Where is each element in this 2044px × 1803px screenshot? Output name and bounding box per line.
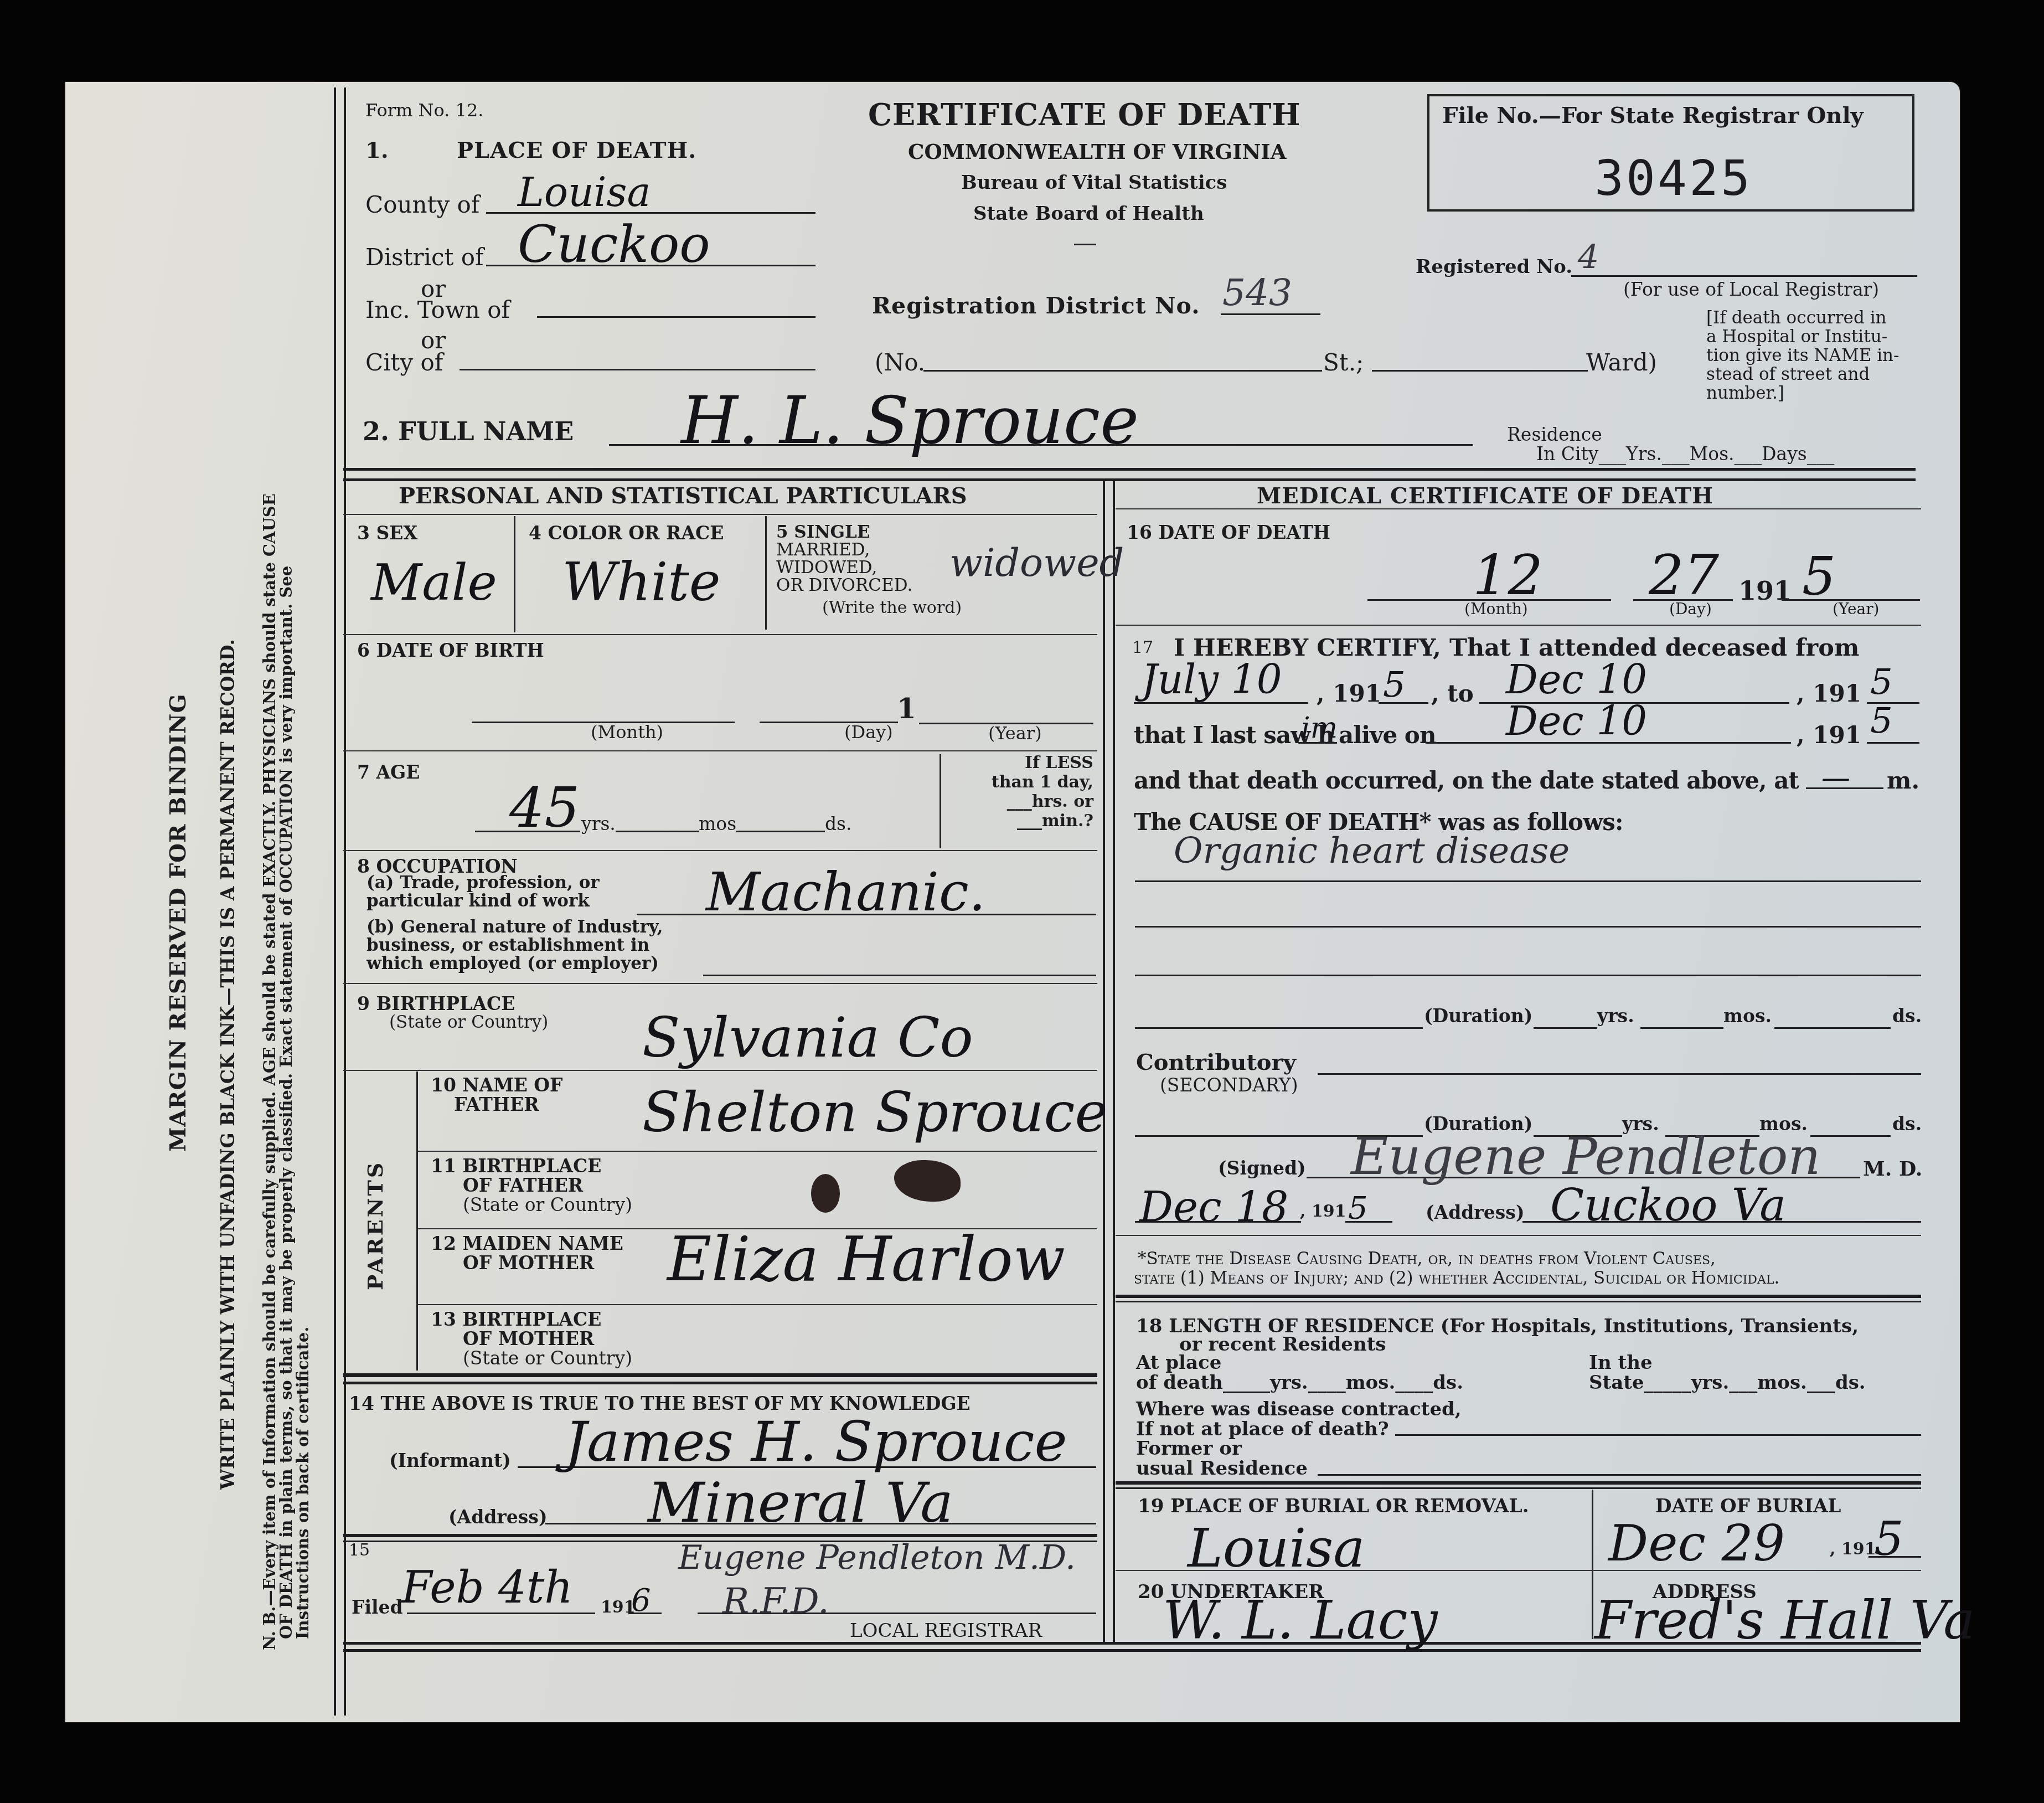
file-number: 30425	[1594, 150, 1752, 207]
county-label: County of	[365, 191, 479, 218]
to-label: , to	[1431, 680, 1474, 707]
death-time[interactable]: —	[1821, 761, 1850, 795]
physician-signature[interactable]: Eugene Pendleton	[1351, 1127, 1821, 1186]
duration-2-ds: ds.	[1892, 1113, 1922, 1135]
duration-1-yrs-line[interactable]	[1534, 1027, 1597, 1029]
ink-blot	[811, 1174, 840, 1213]
last-saw-year-prefix: , 191	[1797, 722, 1861, 749]
marital-label: 5 SINGLE MARRIED, WIDOWED, OR DIVORCED.	[776, 523, 912, 594]
cause-line-3[interactable]	[1135, 975, 1921, 976]
registered-no-label: Registered No.	[1416, 256, 1572, 278]
registered-no-value[interactable]: 4	[1578, 238, 1599, 277]
burial-date[interactable]: Dec 29	[1608, 1514, 1785, 1573]
street-line[interactable]	[1372, 370, 1588, 372]
undertaker[interactable]: W. L. Lacy	[1163, 1589, 1438, 1651]
district-value[interactable]: Cuckoo	[518, 215, 710, 274]
cause-of-death[interactable]: Organic heart disease	[1174, 831, 1570, 872]
occupation-value[interactable]: Machanic.	[706, 861, 985, 923]
race-value[interactable]: White	[562, 551, 721, 613]
jurisdiction: COMMONWEALTH OF VIRGINIA	[908, 140, 1286, 164]
rule	[1116, 1235, 1921, 1236]
attended-from-year-prefix: , 191	[1317, 680, 1381, 707]
birthplace-value[interactable]: Sylvania Co	[642, 1005, 973, 1070]
attended-to[interactable]: Dec 10	[1506, 656, 1647, 703]
personal-heading: PERSONAL AND STATISTICAL PARTICULARS	[399, 483, 967, 509]
hospital-note: [If death occurred in a Hospital or Inst…	[1706, 308, 1900, 403]
dod-year-suffix[interactable]: 5	[1802, 545, 1836, 607]
disease-contracted-label: Where was disease contracted, If not at …	[1136, 1399, 1462, 1439]
duration-1-yrs: yrs.	[1597, 1005, 1634, 1027]
age-mos-line[interactable]	[616, 831, 699, 832]
burial-year[interactable]: 5	[1874, 1512, 1903, 1566]
last-saw-year[interactable]: 5	[1870, 700, 1893, 741]
form-number: Form No. 12.	[365, 100, 483, 121]
place-of-death-heading: PLACE OF DEATH.	[457, 137, 696, 163]
mother-label: 12 MAIDEN NAME OF MOTHER	[431, 1234, 623, 1273]
birthplace-label: 9 BIRTHPLACE	[357, 993, 515, 1014]
mother-value[interactable]: Eliza Harlow	[667, 1224, 1065, 1295]
rule	[940, 754, 941, 848]
marital-value[interactable]: widowed	[949, 540, 1124, 585]
registration-district-label: Registration District No.	[872, 292, 1200, 319]
rule	[1116, 1295, 1921, 1302]
attended-to-year-prefix: , 191	[1797, 680, 1861, 707]
rule	[418, 1151, 1097, 1152]
binding-rule	[334, 87, 346, 1716]
age-yrs-label: yrs.	[581, 813, 616, 834]
last-saw-date[interactable]: Dec 10	[1506, 698, 1647, 744]
father-value[interactable]: Shelton Sprouce	[642, 1080, 1108, 1145]
signed-date[interactable]: Dec 18	[1139, 1182, 1288, 1232]
board: State Board of Health	[973, 203, 1204, 225]
occupation-b-line[interactable]	[703, 975, 1096, 976]
bureau: Bureau of Vital Statistics	[961, 172, 1227, 194]
age-mos-label: mos	[699, 813, 736, 834]
dob-label: 6 DATE OF BIRTH	[357, 640, 544, 661]
disease-contracted-line[interactable]	[1395, 1434, 1921, 1436]
rule	[343, 750, 1097, 751]
signed-year-prefix: , 191	[1300, 1202, 1346, 1221]
registrar-signature[interactable]: Eugene Pendleton M.D.	[678, 1538, 1076, 1577]
parents-label: PARENTS	[363, 1161, 388, 1290]
contributory-line[interactable]	[1318, 1073, 1921, 1075]
undertaker-address[interactable]: Fred's Hall Va	[1594, 1589, 1975, 1651]
dob-year-label: (Year)	[988, 723, 1042, 744]
duration-1-ds-line[interactable]	[1774, 1027, 1891, 1029]
rule	[343, 983, 1097, 984]
at-place-of-death: At place of death_____yrs.____mos.____ds…	[1136, 1353, 1463, 1393]
physician-address[interactable]: Cuckoo Va	[1550, 1179, 1786, 1231]
sex-value[interactable]: Male	[371, 554, 497, 612]
informant-label: (Informant)	[389, 1450, 511, 1471]
rule	[1116, 625, 1921, 626]
rule	[765, 516, 767, 630]
rule	[416, 1072, 418, 1371]
mother-birthplace-label: 13 BIRTHPLACE OF MOTHER (State or Countr…	[431, 1310, 632, 1368]
dod-month[interactable]: 12	[1473, 543, 1543, 607]
dod-year-label: (Year)	[1833, 600, 1880, 618]
last-saw-pronoun[interactable]: im	[1301, 712, 1338, 745]
death-time-text: and that death occurred, on the date sta…	[1134, 767, 1799, 794]
rule	[418, 1304, 1097, 1305]
signed-year[interactable]: 5	[1348, 1191, 1368, 1227]
occupation-b-label: (b) General nature of Industry, business…	[367, 918, 663, 973]
father-birthplace-label: 11 BIRTHPLACE OF FATHER (State or Countr…	[431, 1156, 632, 1214]
rule	[343, 634, 1097, 635]
duration-1-ds: ds.	[1892, 1005, 1922, 1027]
street-no-label: (No.	[875, 349, 925, 376]
header-double-rule	[343, 468, 1916, 481]
town-line[interactable]	[537, 316, 815, 318]
full-name-label: 2. FULL NAME	[363, 416, 574, 446]
dob-month-label: (Month)	[591, 722, 663, 743]
dod-day-label: (Day)	[1669, 600, 1712, 618]
duration-1-mos: mos.	[1723, 1005, 1772, 1027]
city-line[interactable]	[460, 369, 815, 370]
title-divider	[1074, 244, 1096, 245]
age-label: 7 AGE	[357, 761, 420, 783]
attended-to-year[interactable]: 5	[1870, 662, 1893, 703]
place-of-death-num: 1.	[365, 137, 389, 163]
burial-date-label: DATE OF BURIAL	[1655, 1495, 1841, 1517]
burial-place-label: 19 PLACE OF BURIAL OR REMOVAL.	[1138, 1495, 1529, 1517]
contributory-label: Contributory	[1136, 1049, 1296, 1075]
former-residence-line[interactable]	[1318, 1474, 1921, 1476]
rule	[514, 516, 515, 632]
town-label: Inc. Town of	[365, 296, 510, 323]
rule	[343, 1373, 1097, 1384]
rule	[343, 514, 1097, 515]
footnote-2: state (1) Means of Injury; and (2) wheth…	[1134, 1268, 1779, 1288]
nb-line-3: Instructions on back of certificate.	[293, 1327, 312, 1639]
certify-num: 17	[1132, 638, 1153, 657]
certificate-title: CERTIFICATE OF DEATH	[868, 97, 1300, 132]
signed-label: (Signed)	[1218, 1157, 1306, 1179]
nb-line-1: N. B.—Every item of Information should b…	[260, 493, 279, 1650]
dod-year-prefix: 191	[1738, 576, 1792, 606]
local-registrar-note: (For use of Local Registrar)	[1623, 279, 1879, 300]
registration-district-value[interactable]: 543	[1222, 271, 1292, 314]
marital-hint: (Write the word)	[822, 598, 962, 617]
sex-label: 3 SEX	[357, 522, 417, 544]
filing-num: 15	[349, 1541, 370, 1560]
binding-margin-label: MARGIN RESERVED FOR BINDING	[165, 693, 191, 1152]
street-no-line[interactable]	[923, 370, 1322, 372]
cause-line-2[interactable]	[1135, 926, 1921, 928]
ink-notice: WRITE PLAINLY WITH UNFADING BLACK INK—TH…	[217, 639, 239, 1490]
rule	[1116, 1481, 1921, 1489]
city-label: City of	[365, 349, 443, 376]
medical-heading: MEDICAL CERTIFICATE OF DEATH	[1257, 483, 1713, 509]
district-label: District of	[365, 244, 484, 271]
file-number-label: File No.—For State Registrar Only	[1442, 102, 1864, 128]
rule	[1592, 1490, 1593, 1639]
dob-year-prefix: 1	[897, 692, 916, 725]
nb-line-2: OF DEATH in plain terms, so that it may …	[277, 566, 296, 1639]
residence-city-line: In City___Yrs.___Mos.___Days___	[1536, 443, 1834, 465]
rule	[343, 1070, 1097, 1071]
filed-date[interactable]: Feb 4th	[401, 1562, 573, 1613]
former-residence-label: Former or usual Residence	[1136, 1439, 1308, 1479]
death-time-suffix: m.	[1887, 767, 1919, 794]
certificate-paper	[65, 82, 1960, 1722]
informant-address-value[interactable]: Mineral Va	[648, 1470, 953, 1535]
physician-address-label: (Address)	[1426, 1202, 1525, 1223]
duration-2-ds-line[interactable]	[1810, 1135, 1891, 1137]
registrar-label: LOCAL REGISTRAR	[850, 1620, 1042, 1642]
county-value[interactable]: Louisa	[518, 169, 651, 215]
secondary-label: (SECONDARY)	[1160, 1074, 1298, 1096]
attended-from[interactable]: July 10	[1142, 656, 1282, 703]
occupation-a-label: (a) Trade, profession, or particular kin…	[367, 874, 600, 910]
duration-1-line[interactable]	[1135, 1027, 1423, 1029]
rule	[1116, 1570, 1921, 1571]
duration-1-mos-line[interactable]	[1640, 1027, 1723, 1029]
informant-value[interactable]: James H. Sprouce	[565, 1409, 1067, 1474]
less-than-day-note: If LESS than 1 day, ___hrs. or ___min.?	[955, 753, 1093, 831]
filed-label: Filed	[352, 1596, 403, 1618]
filed-year-suffix[interactable]: 6	[631, 1583, 651, 1619]
age-ds-line[interactable]	[736, 831, 825, 832]
rule	[1116, 508, 1921, 509]
alive-on-label: alive on	[1339, 722, 1436, 749]
dod-month-label: (Month)	[1464, 600, 1528, 618]
age-years-value[interactable]: 45	[509, 775, 580, 840]
age-ds-label: ds.	[825, 813, 852, 834]
registrar-rfd[interactable]: R.F.D.	[722, 1581, 829, 1622]
cause-line-1	[1135, 880, 1921, 882]
last-saw-year-line	[1867, 742, 1919, 744]
dod-day[interactable]: 27	[1649, 543, 1719, 607]
footnote-1: *State the Disease Causing Death, or, in…	[1138, 1249, 1716, 1269]
residence-label: Residence	[1507, 424, 1602, 445]
dob-day-label: (Day)	[844, 722, 893, 743]
full-name-value[interactable]: H. L. Sprouce	[681, 382, 1139, 459]
attended-from-year[interactable]: 5	[1383, 664, 1406, 705]
informant-address-label: (Address)	[448, 1506, 548, 1528]
registered-no-line	[1571, 275, 1917, 277]
street-label: St.;	[1323, 349, 1364, 376]
father-label: 10 NAME OF FATHER	[431, 1075, 563, 1114]
in-the-state: In the State_____yrs.___mos.___ds.	[1589, 1353, 1866, 1393]
md-label: M. D.	[1863, 1157, 1922, 1181]
race-label: 4 COLOR OR RACE	[529, 522, 724, 544]
duration-1-label: (Duration)	[1424, 1005, 1532, 1027]
section-divider	[1103, 480, 1115, 1645]
rule	[343, 850, 1097, 851]
birthplace-hint: (State or Country)	[389, 1012, 548, 1032]
ward-label: Ward)	[1586, 349, 1657, 376]
dod-label: 16 DATE OF DEATH	[1127, 522, 1330, 543]
